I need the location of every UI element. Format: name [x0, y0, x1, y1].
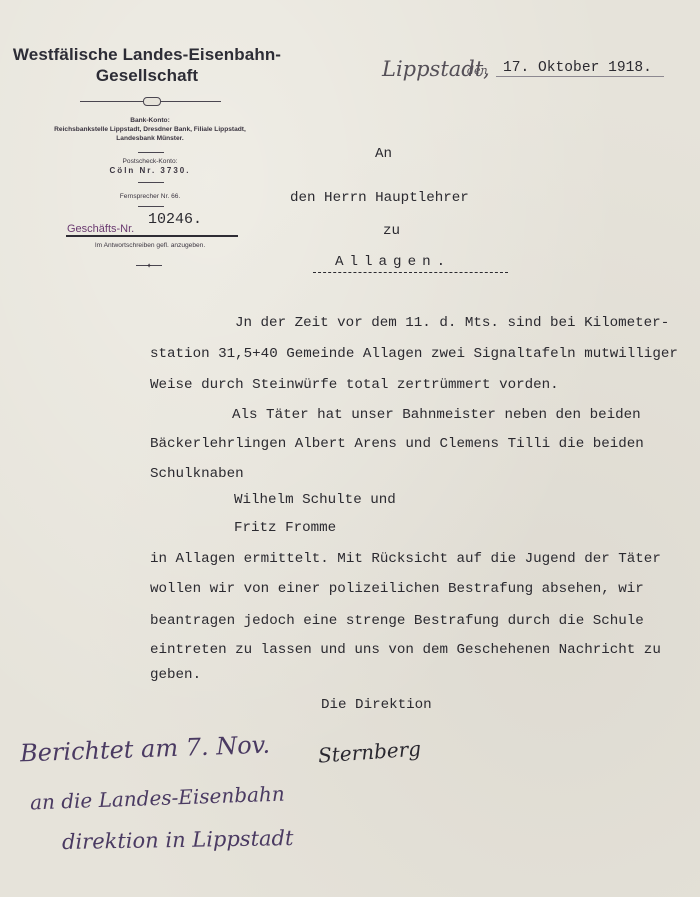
reference-label: Geschäfts-Nr.	[67, 223, 134, 235]
reference-underline	[66, 235, 238, 237]
body-line: geben.	[150, 666, 201, 684]
town-underline	[313, 272, 508, 273]
recipient-town: Allagen.	[335, 253, 451, 271]
bank-line-1: Reichsbankstelle Lippstadt, Dresdner Ban…	[20, 125, 280, 134]
date-underline	[496, 76, 664, 77]
address-an: An	[375, 145, 392, 163]
handwritten-note-line-1: Berichtet am 7. Nov.	[20, 731, 271, 768]
company-name-line1: Westfälische Landes-Eisenbahn-	[12, 44, 282, 65]
postcheck-label: Postscheck-Konto:	[20, 157, 280, 166]
handwritten-note-line-3: direktion in Lippstadt	[62, 826, 294, 854]
ornament-icon	[143, 97, 161, 106]
letter-page: Westfälische Landes-Eisenbahn- Gesellsch…	[0, 0, 700, 897]
body-line: Jn der Zeit vor dem 11. d. Mts. sind bei…	[235, 314, 669, 332]
suspect-name: Fritz Fromme	[234, 519, 336, 537]
recipient: den Herrn Hauptlehrer	[290, 189, 469, 207]
body-line: beantragen jedoch eine strenge Bestrafun…	[150, 612, 644, 630]
body-line: in Allagen ermittelt. Mit Rücksicht auf …	[150, 550, 661, 568]
body-line: station 31,5+40 Gemeinde Allagen zwei Si…	[150, 345, 678, 363]
body-line: Schulknaben	[150, 465, 244, 483]
body-line: Bäckerlehrlingen Albert Arens und Clemen…	[150, 435, 644, 453]
signatory: Die Direktion	[321, 696, 432, 714]
handwritten-note-line-2: an die Landes-Eisenbahn	[30, 782, 285, 815]
postcheck-value: Cöln Nr. 3730.	[20, 166, 280, 175]
suspect-name: Wilhelm Schulte und	[234, 491, 396, 509]
letter-date: 17. Oktober 1918.	[503, 59, 652, 77]
ornament-icon: ✦	[140, 262, 158, 271]
signature: Sternberg	[317, 736, 421, 767]
body-line: Als Täter hat unser Bahnmeister neben de…	[232, 406, 641, 424]
reference-note: Im Antwortschreiben gefl. anzugeben.	[20, 241, 280, 250]
body-line: Weise durch Steinwürfe total zertrümmert…	[150, 376, 559, 394]
divider	[138, 206, 164, 207]
dateline-den: den	[467, 64, 488, 77]
address-zu: zu	[383, 222, 400, 240]
reference-number: 10246.	[148, 211, 202, 229]
company-name: Westfälische Landes-Eisenbahn- Gesellsch…	[12, 44, 282, 86]
bank-label: Bank-Konto:	[20, 116, 280, 125]
body-line: wollen wir von einer polizeilichen Bestr…	[150, 580, 644, 598]
divider	[138, 152, 164, 153]
divider	[138, 182, 164, 183]
bank-line-2: Landesbank Münster.	[20, 134, 280, 143]
company-name-line2: Gesellschaft	[12, 65, 282, 86]
phone-number: Fernsprecher Nr. 66.	[20, 192, 280, 201]
body-line: eintreten zu lassen und uns von dem Gesc…	[150, 641, 661, 659]
